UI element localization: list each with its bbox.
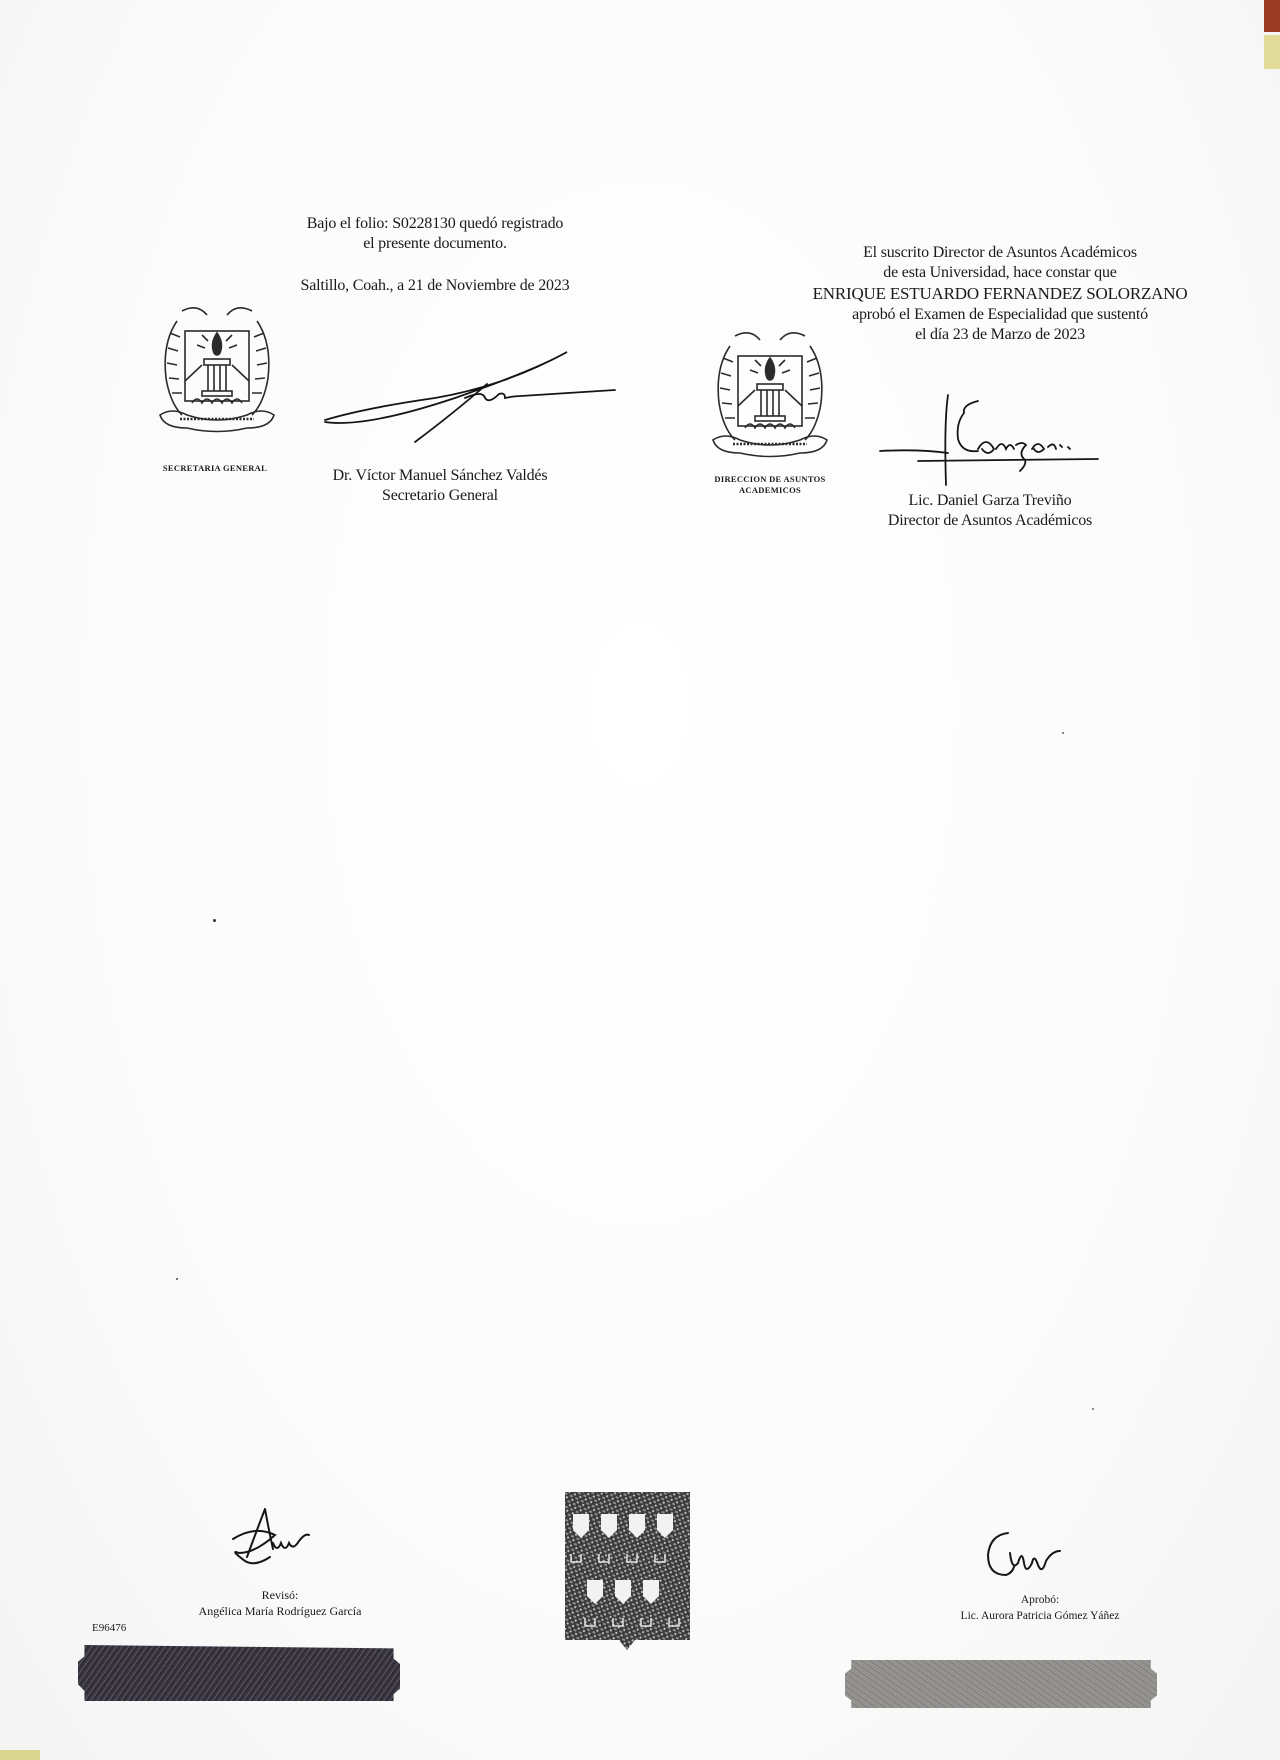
document-page: Bajo el folio: S0228130 quedó registrado… — [0, 0, 1280, 1760]
hologram-seal-icon — [565, 1492, 690, 1652]
approved-block: Aprobó: Lic. Aurora Patricia Gómez Yáñez — [890, 1592, 1190, 1624]
university-seal-icon — [705, 328, 835, 473]
speck — [213, 919, 216, 922]
security-bar-dark — [78, 1645, 400, 1701]
speck — [176, 1278, 178, 1280]
registration-text: Bajo el folio: S0228130 quedó registrado… — [255, 214, 615, 296]
approved-name: Lic. Aurora Patricia Gómez Yáñez — [890, 1608, 1190, 1624]
signer-title: Director de Asuntos Académicos — [840, 511, 1140, 531]
registration-line1: Bajo el folio: S0228130 quedó registrado — [255, 214, 615, 234]
signer-director: Lic. Daniel Garza Treviño Director de As… — [840, 491, 1140, 531]
speck — [1062, 732, 1064, 734]
control-number: E96476 — [92, 1620, 126, 1636]
signer-title: Secretario General — [290, 486, 590, 506]
reviewed-name: Angélica María Rodríguez García — [130, 1603, 430, 1619]
speck — [1092, 1408, 1094, 1410]
exam-date: el día 23 de Marzo de 2023 — [780, 325, 1220, 345]
edge-strip-yellow-bottom — [0, 1750, 40, 1760]
signer-secretario: Dr. Víctor Manuel Sánchez Valdés Secreta… — [290, 466, 590, 506]
certification-line4: aprobó el Examen de Especialidad que sus… — [780, 305, 1220, 325]
signer-name: Dr. Víctor Manuel Sánchez Valdés — [290, 466, 590, 486]
signature-director — [878, 393, 1100, 488]
edge-strip-red — [1264, 0, 1280, 32]
certification-line2: de esta Universidad, hace constar que — [780, 263, 1220, 283]
signature-approved — [982, 1525, 1072, 1585]
seal-label-secretaria: SECRETARIA GENERAL — [140, 463, 290, 474]
reviewed-label: Revisó: — [130, 1587, 430, 1603]
security-bar-gray — [845, 1660, 1157, 1708]
signature-reviewed — [225, 1505, 325, 1570]
signer-name: Lic. Daniel Garza Treviño — [840, 491, 1140, 511]
approved-label: Aprobó: — [890, 1592, 1190, 1608]
registration-line2: el presente documento. — [255, 234, 615, 254]
certification-text: El suscrito Director de Asuntos Académic… — [780, 243, 1220, 345]
signature-secretario — [305, 350, 617, 445]
seal-label-direccion: DIRECCION DE ASUNTOS ACADEMICOS — [690, 474, 850, 496]
student-name: ENRIQUE ESTUARDO FERNANDEZ SOLORZANO — [780, 283, 1220, 305]
reviewed-block: Revisó: Angélica María Rodríguez García — [130, 1587, 430, 1619]
edge-strip-yellow — [1264, 35, 1280, 69]
certification-line1: El suscrito Director de Asuntos Académic… — [780, 243, 1220, 263]
registration-place-date: Saltillo, Coah., a 21 de Noviembre de 20… — [255, 276, 615, 296]
university-seal-icon — [152, 303, 282, 448]
